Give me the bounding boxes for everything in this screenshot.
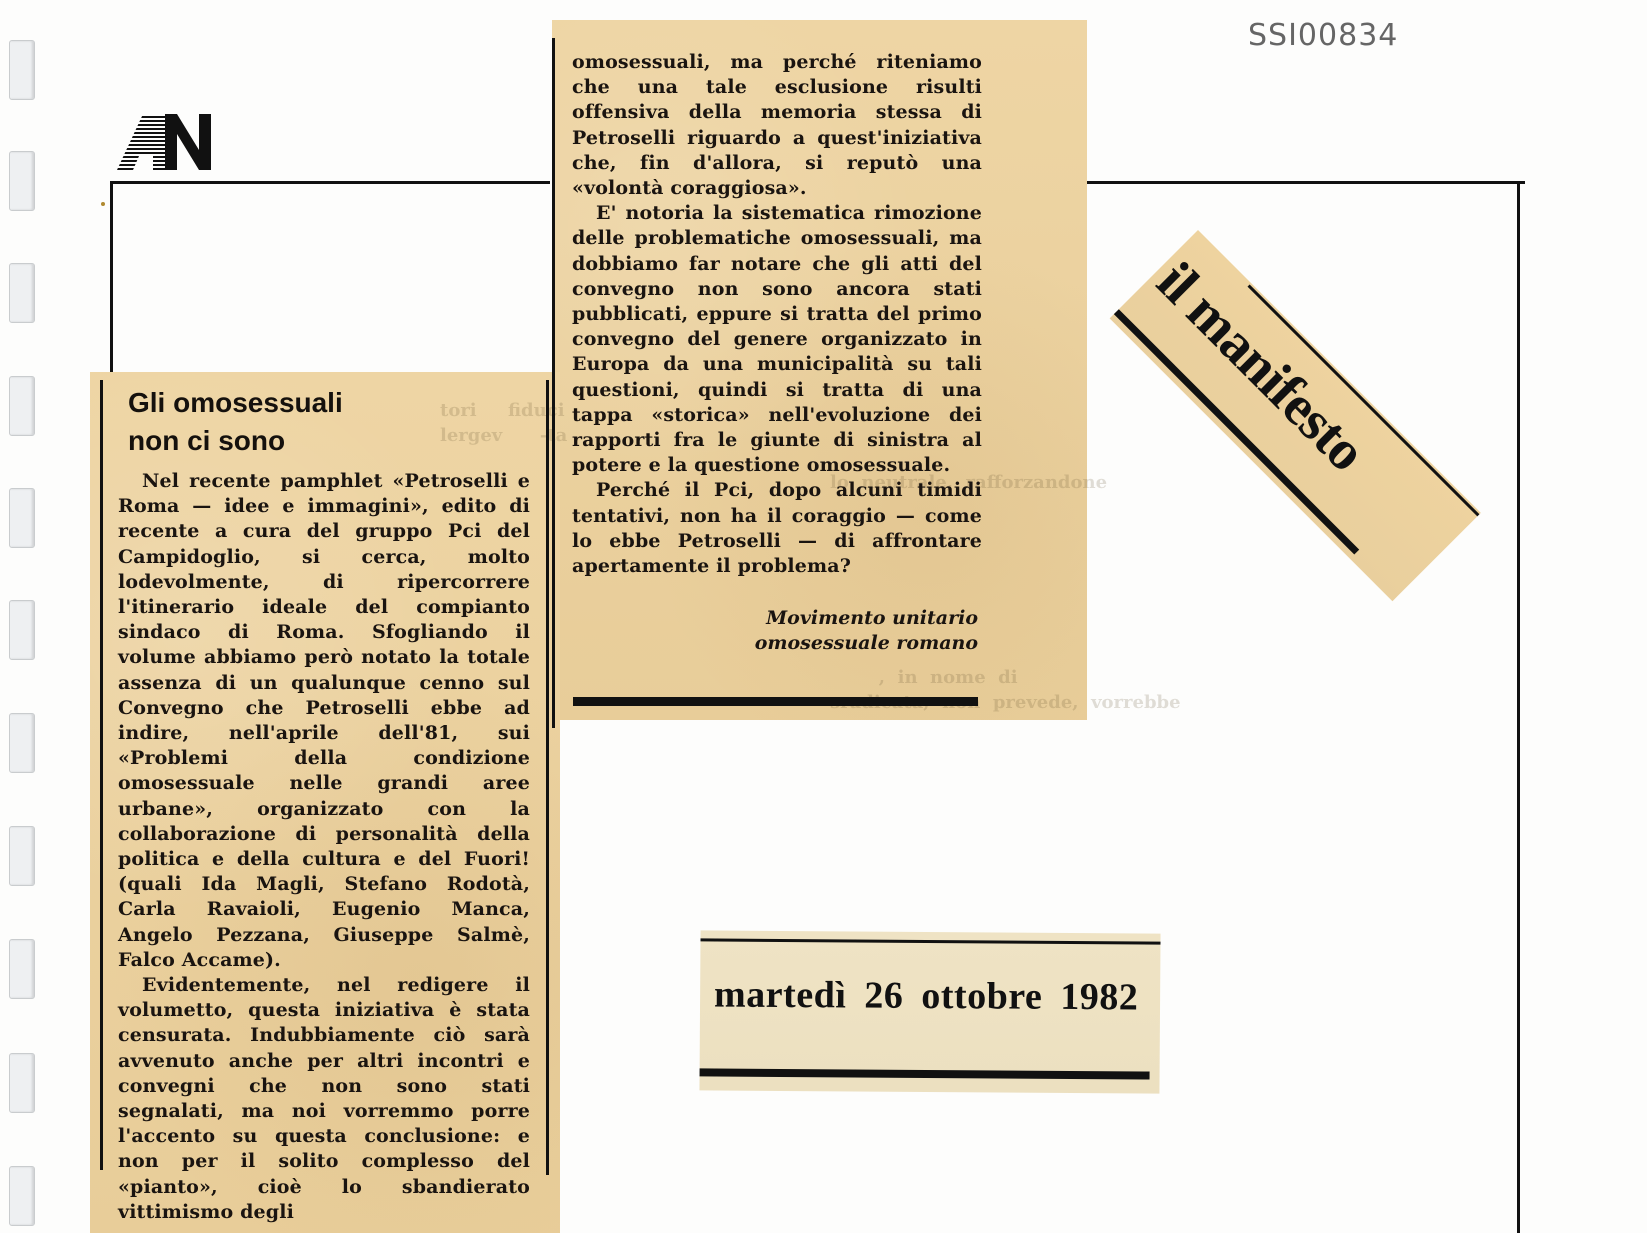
paragraph: Perché il Pci, dopo alcuni timidi tentat… [572,478,982,579]
frame-line [1085,181,1525,184]
binder-hole [9,263,35,323]
binder-hole [9,1053,35,1113]
paragraph: E' notoria la sistematica rimozione dell… [572,201,982,478]
archive-id: SSI00834 [1248,18,1398,53]
frame-line [110,184,113,374]
binder-hole [9,939,35,999]
signature-line-2: omosessuale romano [620,631,978,656]
date-clipping: martedì 26 ottobre 1982 [699,930,1160,1093]
binder-hole [9,600,35,660]
masthead-clipping: il manifesto [1110,230,1481,601]
column-rule [546,380,549,1175]
article-headline: Gli omosessuali non ci sono [128,384,343,460]
paragraph: Nel recente pamphlet «Petroselli e Roma … [118,469,530,973]
date-rule [700,938,1160,944]
binder-hole [9,826,35,886]
binder-hole [9,488,35,548]
article-column-2: omosessuali, ma perché riteniamo che una… [572,50,982,579]
article-column-1: Nel recente pamphlet «Petroselli e Roma … [118,469,530,1225]
binder-hole [9,151,35,211]
newspaper-name: il manifesto [1146,251,1377,482]
speck [101,202,105,206]
headline-line-1: Gli omosessuali [128,384,343,422]
binder-hole [9,1166,35,1226]
binder-hole [9,713,35,773]
publication-date: martedì 26 ottobre 1982 [714,972,1139,1019]
paragraph: omosessuali, ma perché riteniamo che una… [572,50,982,201]
date-rule [700,1068,1150,1079]
paragraph: Evidentemente, nel redigere il volumetto… [118,973,530,1225]
article-signature: Movimento unitario omosessuale romano [620,606,978,656]
binder-hole [9,376,35,436]
frame-line [110,181,550,184]
column-rule [552,38,555,728]
signature-line-1: Movimento unitario [620,606,978,631]
binder-hole [9,40,35,100]
column-rule [100,380,103,1170]
article-end-rule [573,697,978,706]
reverse-side-bleed: , in nome di [860,665,1018,690]
an-logo-icon [115,112,215,172]
frame-line [1517,184,1520,1233]
headline-line-2: non ci sono [128,422,343,460]
